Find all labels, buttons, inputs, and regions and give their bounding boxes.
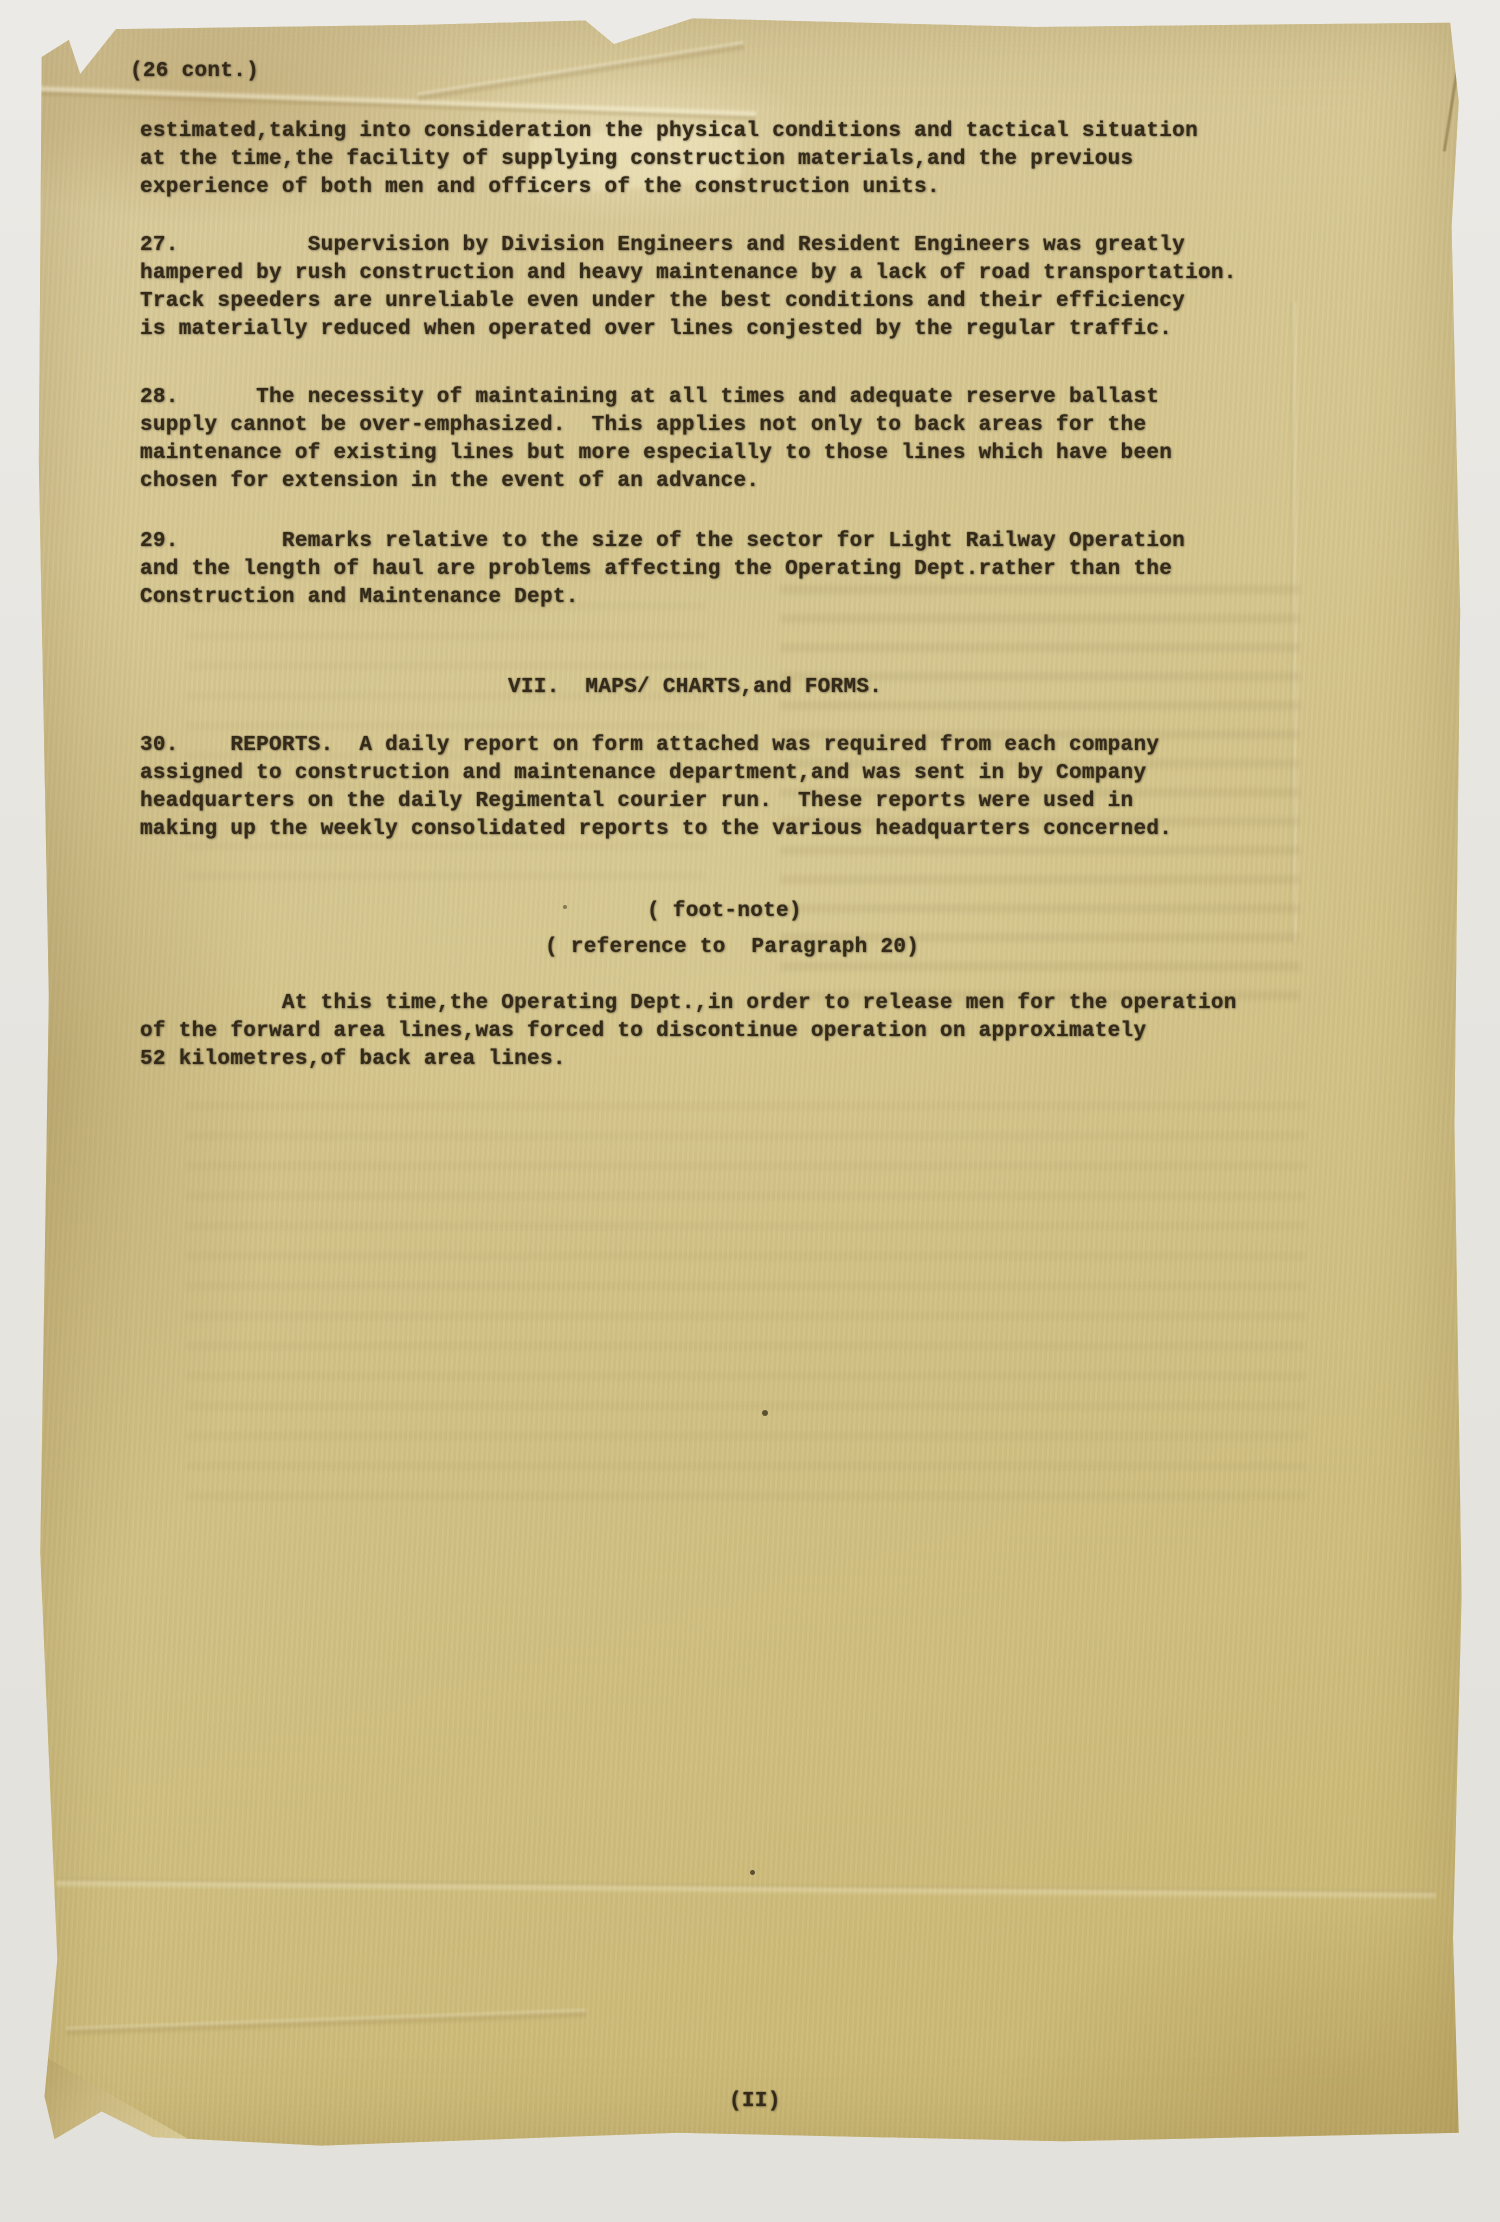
text-line: and the length of haul are problems affe… bbox=[140, 556, 1185, 584]
text-line: Track speeders are unreliable even under… bbox=[140, 288, 1237, 316]
ink-speck bbox=[762, 1410, 768, 1416]
crease-line bbox=[56, 1878, 1436, 1900]
text-line: making up the weekly consolidated report… bbox=[140, 816, 1172, 844]
ink-bleedthrough bbox=[186, 1102, 1306, 1522]
text-line: 27. Supervision by Division Engineers an… bbox=[140, 232, 1237, 260]
folded-corner bbox=[44, 2040, 204, 2148]
paragraph-26-continued: estimated,taking into consideration the … bbox=[140, 118, 1198, 202]
ink-speck bbox=[750, 1870, 755, 1875]
paragraph-27: 27. Supervision by Division Engineers an… bbox=[140, 232, 1237, 344]
text-line: is materially reduced when operated over… bbox=[140, 316, 1237, 344]
ink-speck bbox=[563, 905, 567, 909]
text-line: 52 kilometres,of back area lines. bbox=[140, 1046, 1237, 1074]
text-line: assigned to construction and maintenance… bbox=[140, 760, 1172, 788]
footnote-reference: ( reference to Paragraph 20) bbox=[545, 934, 919, 962]
crease-line bbox=[417, 41, 745, 103]
text-line: Construction and Maintenance Dept. bbox=[140, 584, 1185, 612]
text-line: At this time,the Operating Dept.,in orde… bbox=[140, 990, 1237, 1018]
text-line: of the forward area lines,was forced to … bbox=[140, 1018, 1237, 1046]
text-line: 29. Remarks relative to the size of the … bbox=[140, 528, 1185, 556]
footnote-paragraph: At this time,the Operating Dept.,in orde… bbox=[140, 990, 1237, 1074]
text-line: 30. REPORTS. A daily report on form atta… bbox=[140, 732, 1172, 760]
paper-sheet: (26 cont.) estimated,taking into conside… bbox=[36, 12, 1463, 2152]
text-line: chosen for extension in the event of an … bbox=[140, 468, 1172, 496]
continuation-note: (26 cont.) bbox=[130, 58, 259, 86]
paragraph-29: 29. Remarks relative to the size of the … bbox=[140, 528, 1185, 612]
paragraph-30: 30. REPORTS. A daily report on form atta… bbox=[140, 732, 1172, 844]
edge-tear bbox=[1443, 60, 1460, 151]
footnote-label: ( foot-note) bbox=[647, 898, 802, 926]
page-number: (II) bbox=[729, 2088, 781, 2116]
text-line: estimated,taking into consideration the … bbox=[140, 118, 1198, 146]
paragraph-28: 28. The necessity of maintaining at all … bbox=[140, 384, 1172, 496]
text-line: at the time,the facility of supplying co… bbox=[140, 146, 1198, 174]
crease-line bbox=[66, 2009, 586, 2037]
text-line: headquarters on the daily Regimental cou… bbox=[140, 788, 1172, 816]
section-heading: VII. MAPS/ CHARTS,and FORMS. bbox=[508, 674, 882, 702]
text-line: experience of both men and officers of t… bbox=[140, 174, 1198, 202]
text-line: 28. The necessity of maintaining at all … bbox=[140, 384, 1172, 412]
text-line: maintenance of existing lines but more e… bbox=[140, 440, 1172, 468]
text-line: hampered by rush construction and heavy … bbox=[140, 260, 1237, 288]
crease-line bbox=[1291, 302, 1298, 942]
text-line: supply cannot be over-emphasized. This a… bbox=[140, 412, 1172, 440]
crease-line bbox=[36, 84, 756, 121]
